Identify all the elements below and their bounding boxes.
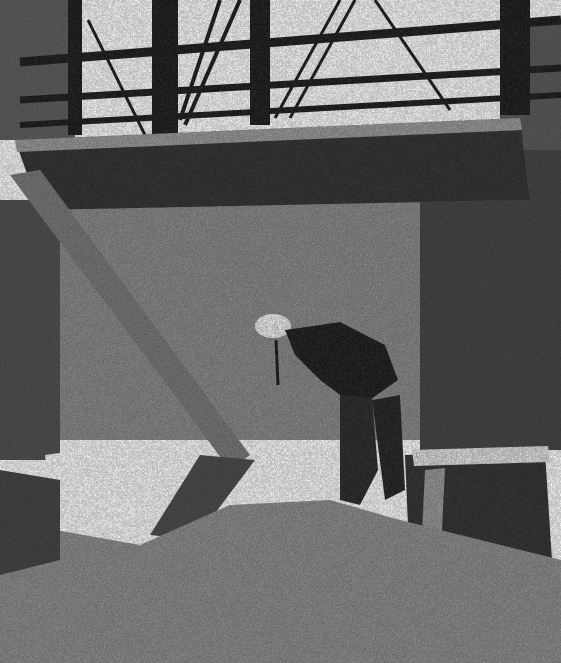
photograph	[0, 0, 561, 663]
halftone-overlay	[0, 0, 561, 663]
